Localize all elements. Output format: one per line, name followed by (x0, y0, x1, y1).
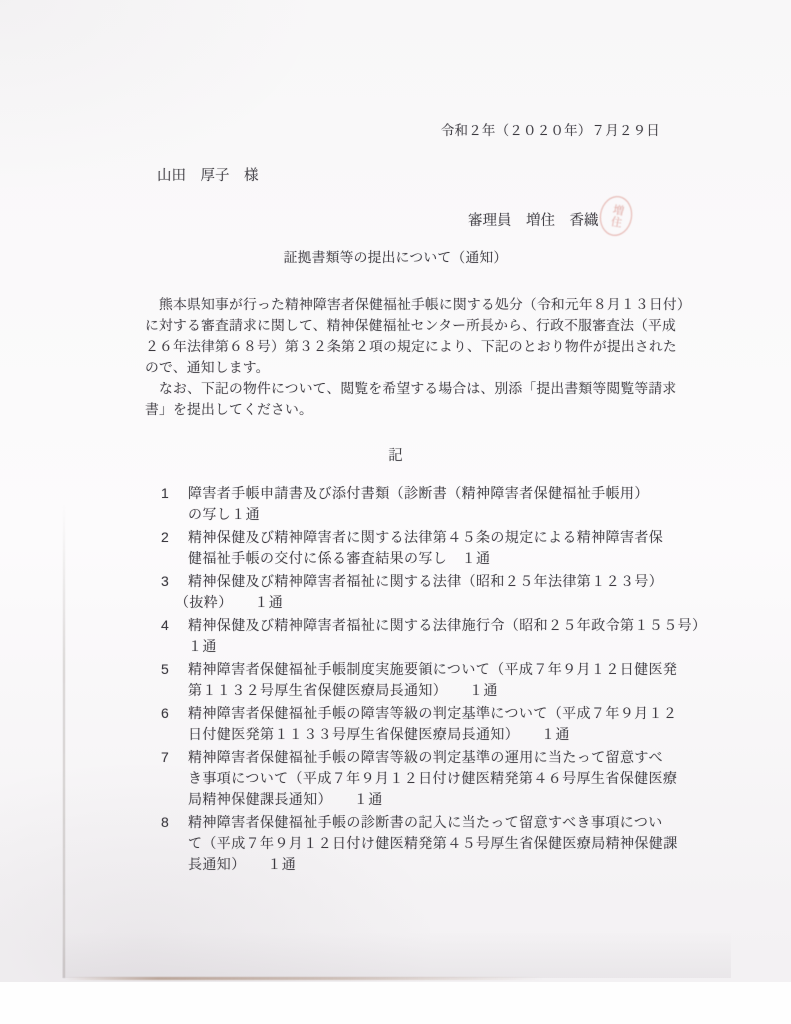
list-item-line: 局精神保健課長通知） １通 (188, 789, 741, 810)
list-item-number: 6 (161, 703, 188, 745)
list-item-number: 5 (161, 659, 188, 701)
list-heading-ki: 記 (388, 444, 403, 465)
hanko-seal-text: 増住 (608, 203, 623, 229)
list-item-line: 精神保健及び精神障害者福祉に関する法律（昭和２５年法律第１２３号） (188, 571, 741, 592)
list-item-line: （抜粋） １通 (175, 592, 741, 613)
list-item: 7精神障害者保健福祉手帳の障害等級の判定基準の運用に当たって留意すべき事項につい… (161, 747, 741, 810)
list-item-number: 8 (161, 812, 188, 875)
hanko-seal-icon: 増住 (597, 194, 635, 239)
list-item-line: 日付健医発第１１３３号厚生省保健医療局長通知） １通 (188, 724, 741, 745)
signer-title-name: 審理員 増住 香織 (468, 209, 599, 230)
paper-page: 令和２年（２０２０年）７月２９日 山田 厚子 様 審理員 増住 香織 増住 証拠… (0, 0, 791, 982)
scanned-document-photo: 令和２年（２０２０年）７月２９日 山田 厚子 様 審理員 増住 香織 増住 証拠… (0, 0, 791, 1024)
list-item-line: 長通知） １通 (188, 854, 741, 875)
list-item-line: １通 (188, 636, 741, 657)
paper-left-edge (63, 505, 65, 978)
list-item: 6精神障害者保健福祉手帳の障害等級の判定基準について（平成７年９月１２日付健医発… (161, 703, 741, 745)
paper-shadow-band (62, 932, 731, 978)
body-paragraph-2-line: なお、下記の物件について、閲覧を希望する場合は、別添「提出書類等閲覧等請求 (145, 378, 705, 399)
list-item-text: 精神保健及び精神障害者に関する法律第４５条の規定による精神障害者保健福祉手帳の交… (188, 527, 741, 569)
list-item-text: 障害者手帳申請書及び添付書類（診断書（精神障害者保健福祉手帳用）の写し１通 (188, 483, 741, 525)
submitted-items-list: 1障害者手帳申請書及び添付書類（診断書（精神障害者保健福祉手帳用）の写し１通2精… (161, 483, 741, 877)
list-item-text: 精神障害者保健福祉手帳の診断書の記入に当たって留意すべき事項について（平成７年９… (188, 812, 741, 875)
list-item-number: 4 (161, 615, 188, 657)
document-title: 証拠書類等の提出について（通知） (284, 246, 508, 266)
document-date: 令和２年（２０２０年）７月２９日 (441, 119, 660, 139)
list-item-line: 障害者手帳申請書及び添付書類（診断書（精神障害者保健福祉手帳用） (188, 483, 741, 504)
list-item-text: 精神保健及び精神障害者福祉に関する法律（昭和２５年法律第１２３号）（抜粋） １通 (188, 571, 741, 613)
list-item-text: 精神障害者保健福祉手帳の障害等級の判定基準について（平成７年９月１２日付健医発第… (188, 703, 741, 745)
list-item-line: て（平成７年９月１２日付け健医精発第４５号厚生省保健医療局精神保健課 (188, 833, 741, 854)
list-item-number: 2 (161, 527, 188, 569)
list-item-line: 第１１３２号厚生省保健医療局長通知） １通 (188, 680, 741, 701)
paper-bottom-edge (64, 977, 584, 980)
list-item-line: の写し１通 (188, 504, 741, 525)
list-item: 5精神障害者保健福祉手帳制度実施要領について（平成７年９月１２日健医発第１１３２… (161, 659, 741, 701)
list-item-number: 7 (161, 747, 188, 810)
body-paragraph-2-line: 書」を提出してください。 (145, 399, 705, 420)
list-item-number: 1 (161, 483, 188, 525)
body-paragraph-1-line: 熊本県知事が行った精神障害者保健福祉手帳に関する処分（令和元年８月１３日付） (145, 294, 705, 315)
list-item-line: き事項について（平成７年９月１２日付け健医精発第４６号厚生省保健医療 (188, 768, 741, 789)
list-item: 4精神保健及び精神障害者福祉に関する法律施行令（昭和２５年政令第１５５号）１通 (161, 615, 741, 657)
body-paragraph-1-line: ので、通知します。 (145, 357, 705, 378)
body-paragraphs: 熊本県知事が行った精神障害者保健福祉手帳に関する処分（令和元年８月１３日付）に対… (145, 294, 705, 420)
body-paragraph-1-line: ２６年法律第６８号）第３２条第２項の規定により、下記のとおり物件が提出された (145, 336, 705, 357)
list-item-text: 精神保健及び精神障害者福祉に関する法律施行令（昭和２５年政令第１５５号）１通 (188, 615, 741, 657)
list-item-line: 精神保健及び精神障害者に関する法律第４５条の規定による精神障害者保 (188, 527, 741, 548)
list-item: 2精神保健及び精神障害者に関する法律第４５条の規定による精神障害者保健福祉手帳の… (161, 527, 741, 569)
list-item-line: 精神保健及び精神障害者福祉に関する法律施行令（昭和２５年政令第１５５号） (188, 615, 741, 636)
body-paragraph-1-line: に対する審査請求に関して、精神保健福祉センター所長から、行政不服審査法（平成 (145, 315, 705, 336)
list-item-line: 精神障害者保健福祉手帳の障害等級の判定基準の運用に当たって留意すべ (188, 747, 741, 768)
list-item: 3精神保健及び精神障害者福祉に関する法律（昭和２５年法律第１２３号）（抜粋） １… (161, 571, 741, 613)
list-item-line: 精神障害者保健福祉手帳の障害等級の判定基準について（平成７年９月１２ (188, 703, 741, 724)
list-item-text: 精神障害者保健福祉手帳の障害等級の判定基準の運用に当たって留意すべき事項について… (188, 747, 741, 810)
list-item: 1障害者手帳申請書及び添付書類（診断書（精神障害者保健福祉手帳用）の写し１通 (161, 483, 741, 525)
list-item-line: 精神障害者保健福祉手帳の診断書の記入に当たって留意すべき事項につい (188, 812, 741, 833)
addressee-name: 山田 厚子 様 (157, 164, 259, 185)
list-item: 8精神障害者保健福祉手帳の診断書の記入に当たって留意すべき事項について（平成７年… (161, 812, 741, 875)
list-item-text: 精神障害者保健福祉手帳制度実施要領について（平成７年９月１２日健医発第１１３２号… (188, 659, 741, 701)
list-item-line: 精神障害者保健福祉手帳制度実施要領について（平成７年９月１２日健医発 (188, 659, 741, 680)
list-item-line: 健福祉手帳の交付に係る審査結果の写し １通 (188, 548, 741, 569)
